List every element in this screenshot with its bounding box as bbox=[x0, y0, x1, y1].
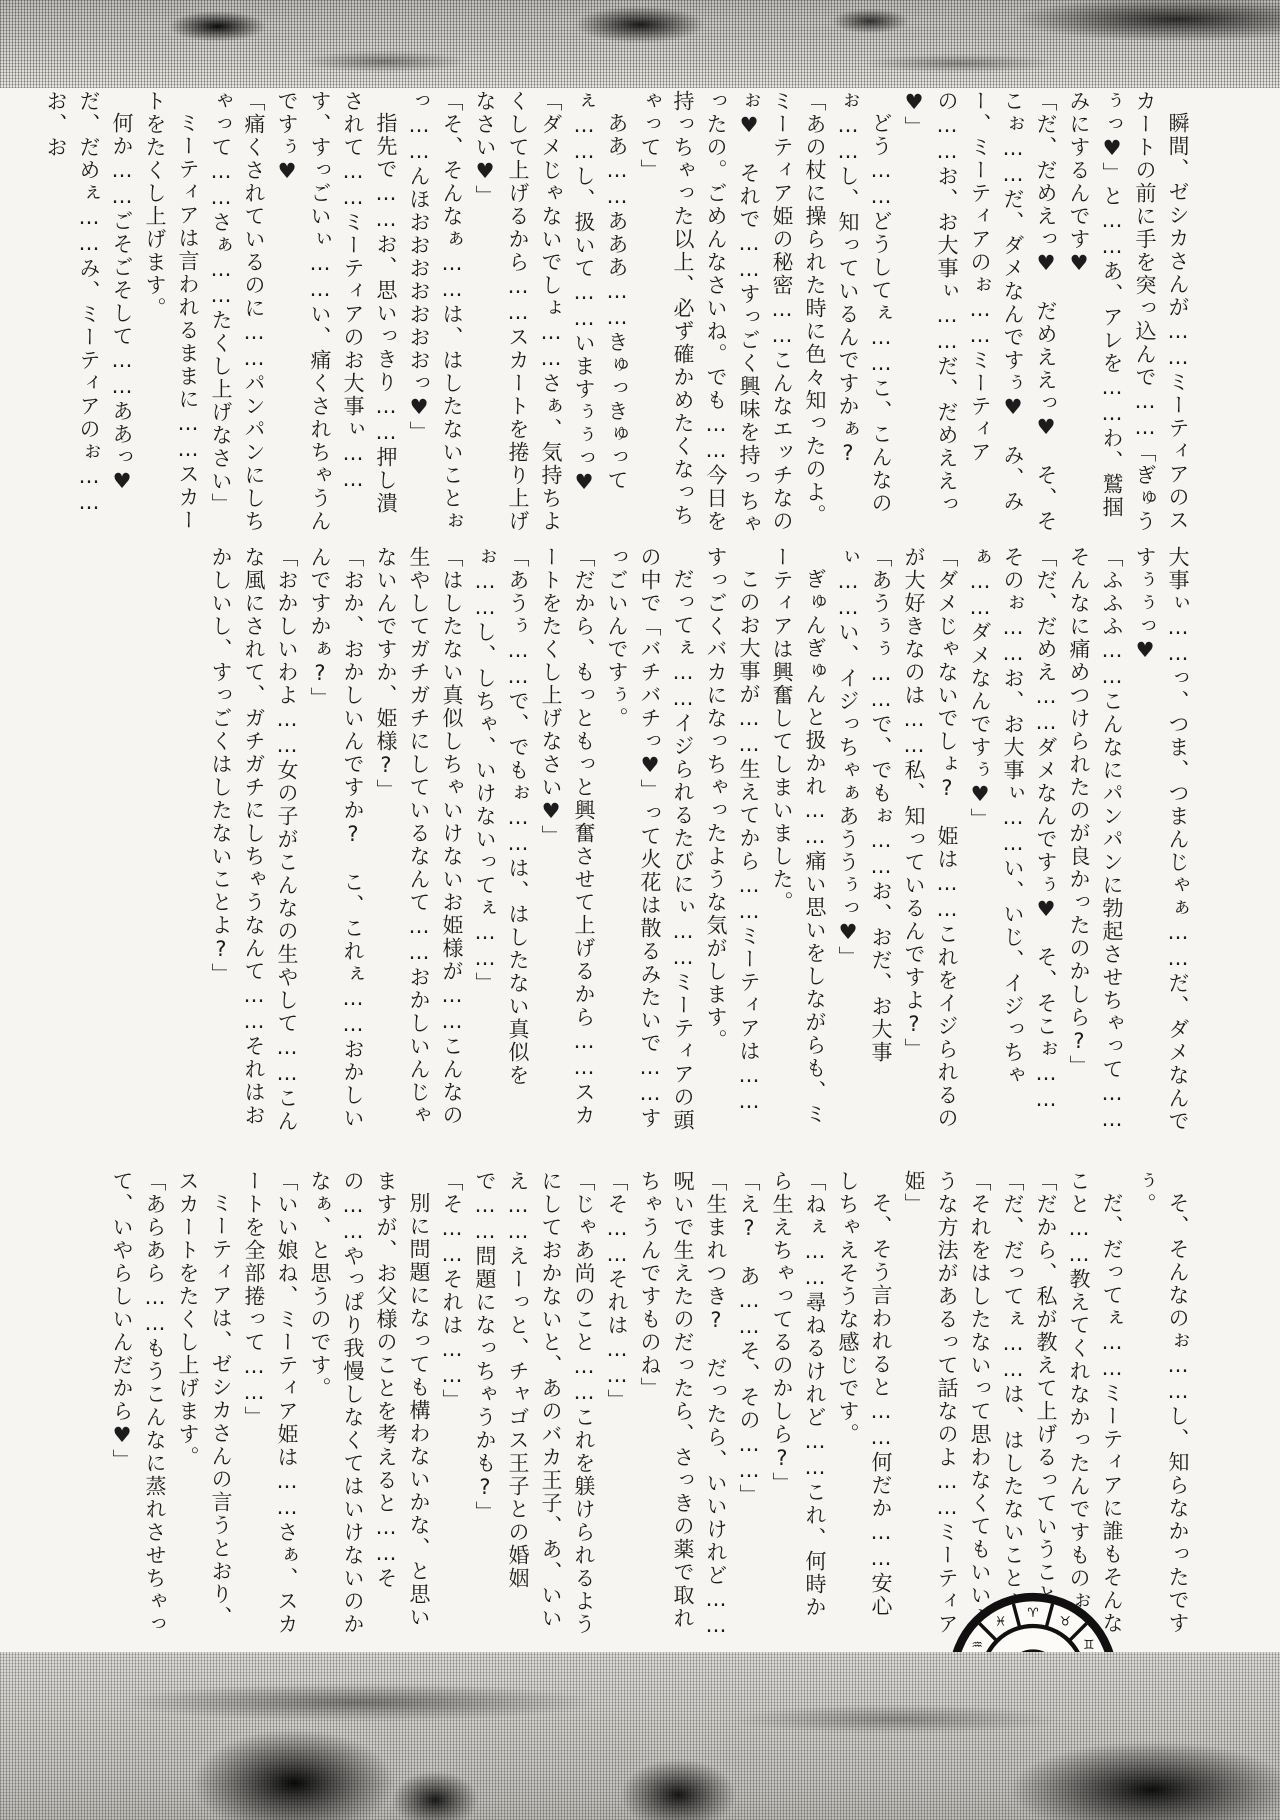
paragraph: 「だ、だめえっ♥ だめええっ♥ そ、そこぉ……だ、ダメなんですぅ♥ み、みー、ミ… bbox=[897, 90, 1062, 538]
paragraph: ミーティアは言われるままに……スカートをたくし上げます。 bbox=[138, 90, 204, 538]
middle-text-block: 大事ぃ……っ、つま、つまんじゃぁ……だ、ダメなんですぅぅっ♥「ふふふ……こんなに… bbox=[204, 546, 1194, 1134]
paragraph: 「あうぅぅ……で、でもぉ……お、おだ、お大事ぃ……い、イジっちゃぁあううぅっ♥」 bbox=[831, 546, 897, 1134]
paragraph: 「痛くされているのに……パンパンにしちゃって……さぁ……たくし上げなさい」 bbox=[204, 90, 270, 538]
paragraph: 「おかしいわよ……女の子がこんなの生やして……こんな風にされて、ガチガチにしちゃ… bbox=[204, 546, 303, 1134]
paragraph: 別に問題になっても構わないかな、と思いますが、お父様のことを考えると……その……… bbox=[303, 1170, 435, 1640]
paragraph: 「おか、おかしいんですか? こ、これぇ……おかしいんですかぁ?」 bbox=[303, 546, 369, 1134]
paragraph: 「だから、私が教えて上げるっていうこと」 bbox=[1029, 1170, 1062, 1640]
paragraph: 瞬間、ゼシカさんが……ミーティアのスカートの前に手を突っ込んで……「ぎゅうぅっ♥… bbox=[1062, 90, 1194, 538]
paragraph: どう……どうしてぇ……こ、こんなのぉ……し、知っているんですかぁ? bbox=[831, 90, 897, 538]
paragraph: 大事ぃ……っ、つま、つまんじゃぁ……だ、ダメなんですぅぅっ♥ bbox=[1128, 546, 1194, 1134]
paragraph: 「だ、だってぇ……は、はしたないことぉ」 bbox=[996, 1170, 1029, 1640]
paragraph: ああ……あああ……きゅっきゅってぇ……し、扱いて……いますぅぅっ♥ bbox=[567, 90, 633, 538]
paragraph: 「だから、もっともっと興奮させて上げるから……スカートをたくし上げなさい♥」 bbox=[534, 546, 600, 1134]
paragraph: 「生まれつき? だったら、いいけれど……呪いで生えたのだったら、さっきの薬で取れ… bbox=[633, 1170, 732, 1640]
paragraph: 「いい娘ね、ミーティア姫は……さぁ、スカートを全部捲って……」 bbox=[237, 1170, 303, 1640]
paragraph: そ、そんなのぉ……し、知らなかったですぅ。 bbox=[1128, 1170, 1194, 1640]
zodiac-symbol-icon: ♊ bbox=[1083, 1638, 1094, 1653]
zodiac-symbol-icon: ♉ bbox=[1060, 1614, 1071, 1629]
zodiac-symbol-icon: ♒ bbox=[971, 1638, 982, 1653]
paragraph: 「じゃあ尚のこと……これを躾けられるようにしておかないと、あのバカ王子、あ、いい… bbox=[468, 1170, 600, 1640]
paragraph: 「ダメじゃないでしょ? 姫は……これをイジられるのが大好きなのは……私、知ってい… bbox=[897, 546, 963, 1134]
paragraph: 「それをはしたないって思わなくてもいいような方法があるって話なのよ……ミーティア… bbox=[897, 1170, 996, 1640]
paragraph: 「そ……それは……」 bbox=[600, 1170, 633, 1640]
paragraph: ミーティアは、ゼシカさんの言うとおり、スカートをたくし上げます。 bbox=[171, 1170, 237, 1640]
paragraph: 「はしたない真似しちゃいけないお姫様が……こんなの生やしてガチガチにしているなん… bbox=[369, 546, 468, 1134]
paragraph: 「そ、そんなぁ……は、はしたないことぉっ……んほおおおおおおおっ♥」 bbox=[402, 90, 468, 538]
paragraph: 「ねぇ……尋ねるけれど……これ、何時から生えちゃってるのかしら?」 bbox=[765, 1170, 831, 1640]
paragraph: だってぇ……イジられるたびにぃ……ミーティアの頭の中で「バチバチっ♥」って火花は… bbox=[600, 546, 699, 1134]
paragraph: 指先で……お、思いっきり……押し潰されて……ミーティアのお大事ぃ……す、すっごい… bbox=[270, 90, 402, 538]
top-text-block: 瞬間、ゼシカさんが……ミーティアのスカートの前に手を突っ込んで……「ぎゅうぅっ♥… bbox=[39, 90, 1194, 538]
paragraph: ぎゅんぎゅんと扱かれ……痛い思いをしながらも、ミーティアは興奮してしまいました。 bbox=[765, 546, 831, 1134]
paragraph: 「ふふふ……こんなにパンパンに勃起させちゃって……そんなに痛めつけられたのが良か… bbox=[1062, 546, 1128, 1134]
paragraph: だ、だってぇ……ミーティアに誰もそんなこと……教えてくれなかったんですものぉ。 bbox=[1062, 1170, 1128, 1640]
paragraph: 「え? あ……そ、その……」 bbox=[732, 1170, 765, 1640]
zodiac-symbol-icon: ♈ bbox=[1027, 1606, 1038, 1621]
paragraph: 「あらあら……もうこんなに蒸れさせちゃって、いやらしいんだから♥」 bbox=[105, 1170, 171, 1640]
bottom-photo-noise-band bbox=[0, 1652, 1280, 1820]
paragraph: 「あの杖に操られた時に色々知ったのよ。ミーティア姫の秘密……こんなエッチなのぉ♥… bbox=[633, 90, 831, 538]
paragraph: 「だ、だめえ……ダメなんですぅ♥ そ、そこぉ……そのぉ……お、お大事ぃ……い、い… bbox=[963, 546, 1062, 1134]
bottom-text-block: そ、そんなのぉ……し、知らなかったですぅ。だ、だってぇ……ミーティアに誰もそんな… bbox=[105, 1170, 1194, 1640]
paragraph: 「あうぅ……で、でもぉ……は、はしたない真似をぉ……し、しちゃ、いけないってぇ…… bbox=[468, 546, 534, 1134]
paragraph: 何か……ごそごそして……ああっ♥ だ、だめぇ……み、ミーティアのぉ……お、お bbox=[39, 90, 138, 538]
paragraph: 「そ……それは……」 bbox=[435, 1170, 468, 1640]
zodiac-symbol-icon: ♓ bbox=[995, 1614, 1006, 1629]
paragraph: 「ダメじゃないでしょ……さぁ、気持ちよくして上げるから……スカートを捲り上げなさ… bbox=[468, 90, 567, 538]
paragraph: このお大事が……生えてから……ミーティアは……すっごくバカになっちゃったような気… bbox=[699, 546, 765, 1134]
paragraph: そ、そう言われると……何だか……安心しちゃえそうな感じです。 bbox=[831, 1170, 897, 1640]
top-photo-noise-band bbox=[0, 0, 1280, 88]
